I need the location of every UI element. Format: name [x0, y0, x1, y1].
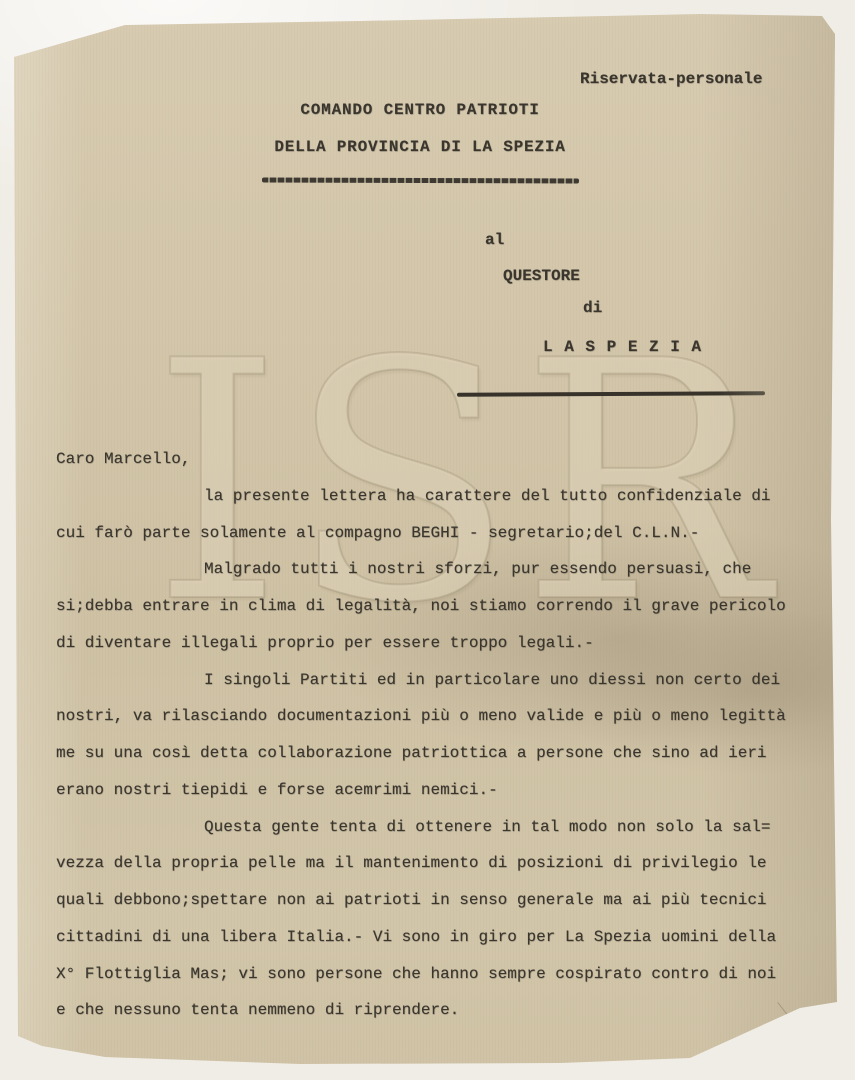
letter-content: Riservata-personale COMANDO CENTRO PATRI… — [0, 0, 855, 1080]
salutation-line: Caro Marcello, — [56, 441, 826, 478]
letter-body: Caro Marcello, la presente lettera ha ca… — [56, 441, 826, 1029]
recipient-city: L A S P E Z I A — [543, 338, 702, 356]
body-line: la presente lettera ha carattere del tut… — [56, 478, 826, 515]
body-line: cittadini di una libera Italia.- Vi sono… — [56, 919, 826, 956]
body-line: cui farò parte solamente al compagno BEG… — [56, 515, 826, 552]
letterhead-line-1: COMANDO CENTRO PATRIOTI — [255, 92, 585, 129]
body-line: e che nessuno tenta nemmeno di riprender… — [56, 992, 826, 1029]
body-line: Malgrado tutti i nostri sforzi, pur esse… — [56, 551, 826, 588]
letter-page: ISR Riservata-personale COMANDO CENTRO P… — [0, 0, 855, 1080]
body-line: I singoli Partiti ed in particolare uno … — [56, 662, 826, 699]
recipient-of: di — [583, 299, 602, 317]
recipient-rule — [457, 391, 765, 397]
body-line: si;debba entrare in clima di legalità, n… — [56, 588, 826, 625]
body-line: X° Flottiglia Mas; vi sono persone che h… — [56, 956, 826, 993]
scan-mat: ISR Riservata-personale COMANDO CENTRO P… — [0, 0, 855, 1080]
body-line: me su una così detta collaborazione patr… — [56, 735, 826, 772]
body-line: vezza della propria pelle ma il mantenim… — [56, 845, 826, 882]
recipient-to: al — [485, 231, 504, 249]
recipient-title: QUESTORE — [503, 267, 580, 285]
body-line: nostri, va rilasciando documentazioni pi… — [56, 698, 826, 735]
classification-label: Riservata-personale — [580, 70, 762, 88]
letterhead: COMANDO CENTRO PATRIOTI DELLA PROVINCIA … — [255, 92, 585, 166]
body-line: erano nostri tiepidi e forse acemrimi ne… — [56, 772, 826, 809]
body-line: di diventare illegali proprio per essere… — [56, 625, 826, 662]
body-line: quali debbono;spettare non ai patrioti i… — [56, 882, 826, 919]
letterhead-line-2: DELLA PROVINCIA DI LA SPEZIA — [255, 129, 585, 166]
letterhead-rule — [262, 177, 579, 183]
body-line: Questa gente tenta di ottenere in tal mo… — [56, 809, 826, 846]
